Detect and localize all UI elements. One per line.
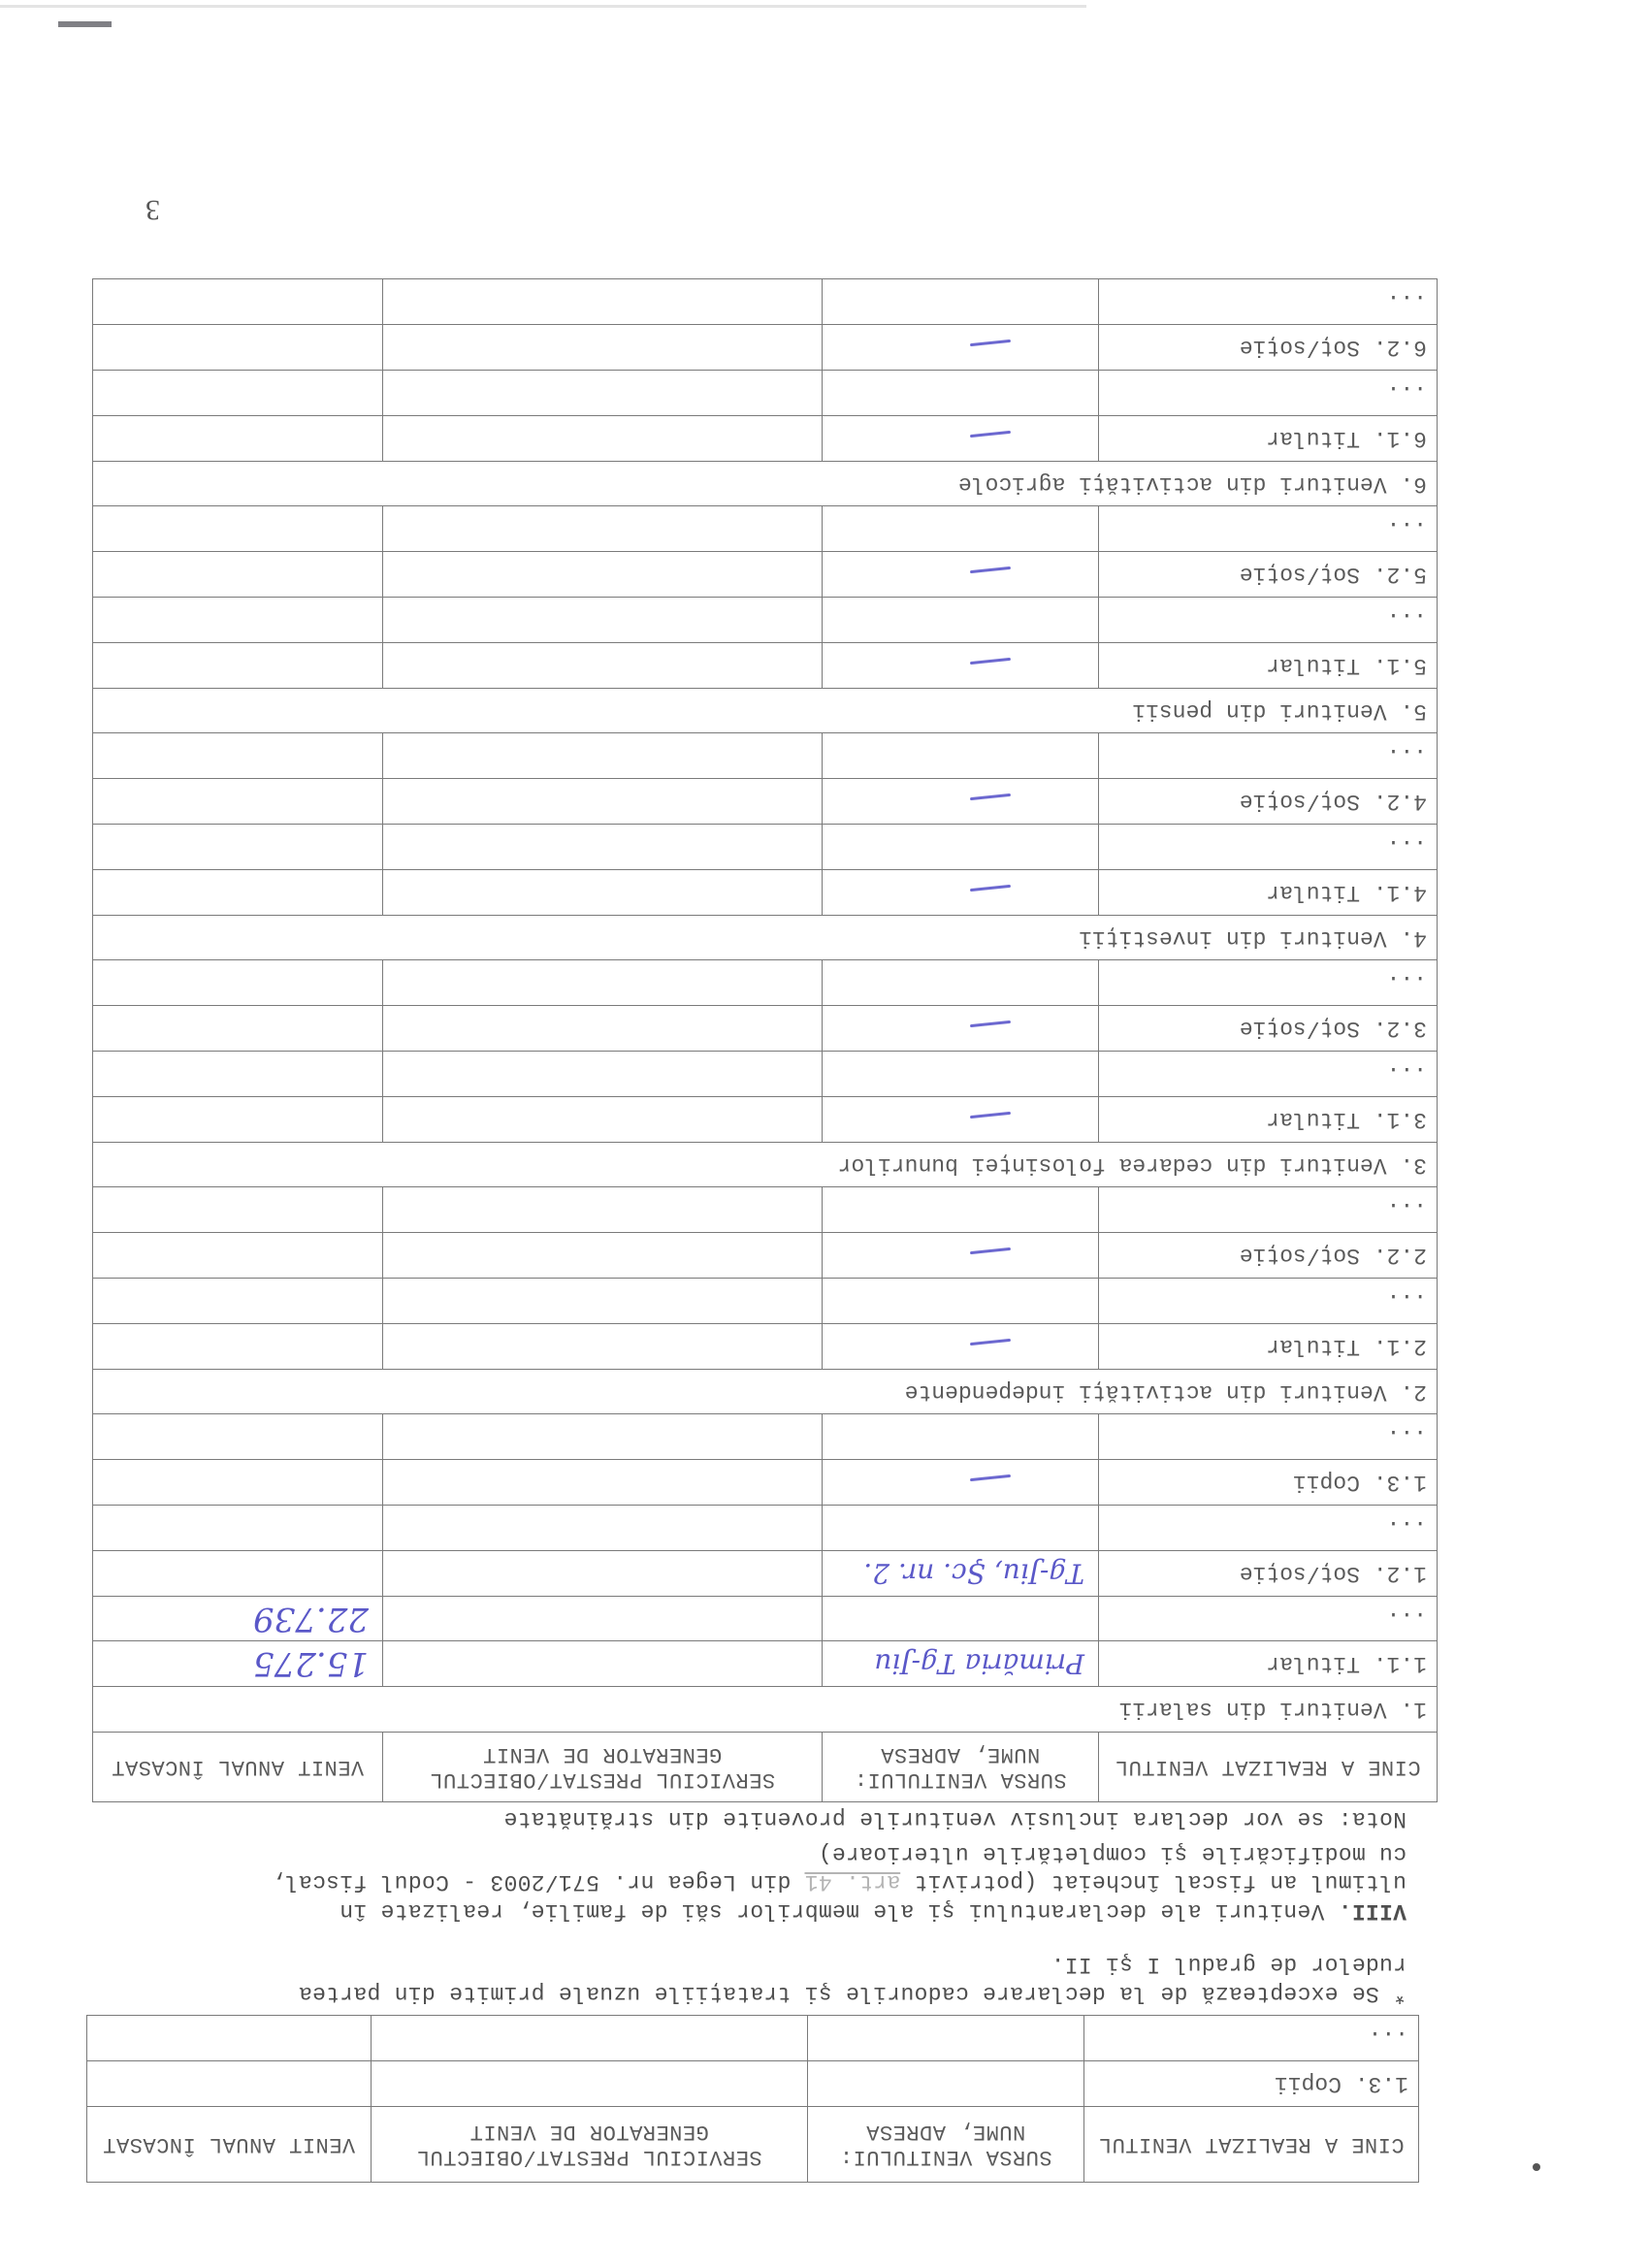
source-cell [823,1006,1099,1052]
service-cell [383,1641,823,1687]
column-header: CINE A REALIZAT VENITUL [1084,2107,1419,2183]
column-header: VENIT ANUAL ÎNCASAT [93,1733,383,1802]
service-cell [372,2061,808,2107]
handwritten-entry: 22.739 [253,1600,369,1638]
income-cell [93,825,383,870]
source-cell [823,279,1099,325]
section-viii-note: Nota: se vor declara inclusiv veniturile… [503,1806,1406,1831]
table-row: 6.1. Titular [93,415,1438,461]
income-cell [93,960,383,1006]
row-label: ... [1099,1187,1438,1233]
article-reference: art. 41 [804,1869,900,1895]
income-cell [93,1414,383,1460]
row-label: ... [1099,371,1438,416]
section-viii-number: VIII. [1338,1898,1406,1924]
source-cell [823,1279,1099,1324]
table-header-row: CINE A REALIZAT VENITULSURSA VENITULUI: … [93,1733,1438,1802]
handwritten-dash [970,431,1011,437]
section-title: 1. Venituri din salarii [93,1687,1438,1733]
service-cell [383,279,823,325]
income-cell [93,552,383,598]
source-cell [823,1323,1099,1369]
section-title: 6. Venituri din activităţi agricole [93,461,1438,506]
section-viii-line-1: VIII. Venituri ale declarantului şi ale … [339,1898,1406,1924]
income-cell [93,1052,383,1097]
service-cell [383,1460,823,1506]
table-row: ... [93,1506,1438,1551]
income-cell [93,1096,383,1142]
income-table: CINE A REALIZAT VENITULSURSA VENITULUI: … [92,279,1438,1803]
text: din Legea nr. 571/2003 - Codul fiscal, [271,1869,804,1895]
service-cell [383,1187,823,1233]
service-cell [383,642,823,688]
section-header-row: 6. Venituri din activităţi agricole [93,461,1438,506]
row-label: ... [1099,279,1438,325]
gifts-table: CINE A REALIZAT VENITULSURSA VENITULUI: … [86,2015,1419,2183]
source-cell [823,1233,1099,1279]
service-cell [383,733,823,779]
source-cell [823,552,1099,598]
row-label: ... [1084,2016,1419,2061]
section-header-row: 1. Venituri din salarii [93,1687,1438,1733]
table-row: 2.2. Soţ/soţie [93,1233,1438,1279]
row-label: 3.1. Titular [1099,1096,1438,1142]
section-header-row: 2. Venituri din activităţi independente [93,1369,1438,1414]
service-cell [383,415,823,461]
table-row: 3.1. Titular [93,1096,1438,1142]
row-label: ... [1099,1052,1438,1097]
source-cell [823,779,1099,825]
row-label: 2.1. Titular [1099,1323,1438,1369]
source-cell [823,598,1099,643]
row-label: ... [1099,960,1438,1006]
income-cell [93,415,383,461]
source-cell: Primăria Tg-Jiu [823,1641,1099,1687]
source-cell [823,1187,1099,1233]
table-row: ... [93,1414,1438,1460]
row-label: ... [1099,598,1438,643]
income-cell: 15.275 [93,1641,383,1687]
table-row: ... [93,733,1438,779]
row-label: 5.2. Soţ/soţie [1099,552,1438,598]
table-row: ... [93,1279,1438,1324]
source-cell [823,415,1099,461]
handwritten-dash [970,1021,1011,1027]
page-number: 3 [145,193,160,226]
row-label: 1.1. Titular [1099,1641,1438,1687]
service-cell [383,960,823,1006]
table-row: ... [93,960,1438,1006]
income-cell [93,1233,383,1279]
income-cell [93,1550,383,1596]
text: ultimul an fiscal încheiat (potrivit [900,1869,1406,1895]
service-cell [383,1414,823,1460]
income-cell [93,1187,383,1233]
section-header-row: 3. Venituri din cedarea folosinţei bunur… [93,1142,1438,1187]
row-label: ... [1099,506,1438,552]
service-cell [383,1096,823,1142]
column-header: VENIT ANUAL ÎNCASAT [87,2107,372,2183]
income-cell [87,2061,372,2107]
income-cell [93,506,383,552]
section-title: 2. Venituri din activităţi independente [93,1369,1438,1414]
source-cell [823,325,1099,371]
column-header: SURSA VENITULUI: NUME, ADRESA [823,1733,1099,1802]
column-header: SERVICIUL PRESTAT/OBIECTUL GENERATOR DE … [372,2107,808,2183]
service-cell [383,825,823,870]
row-label: ... [1099,1596,1438,1641]
source-cell [823,506,1099,552]
service-cell [383,1550,823,1596]
service-cell [383,325,823,371]
service-cell [383,552,823,598]
table-row: 3.2. Soţ/soţie [93,1006,1438,1052]
section-header-row: 5. Venituri din pensii [93,688,1438,733]
section-viii-title: Venituri ale declarantului şi ale membri… [339,1898,1324,1924]
income-cell [87,2016,372,2061]
service-cell [383,598,823,643]
handwritten-entry: Tg-Jiu, Şc. nr. 2. [863,1557,1084,1589]
handwritten-dash [970,1474,1011,1481]
section-title: 5. Venituri din pensii [93,688,1438,733]
row-label: ... [1099,1506,1438,1551]
section-viii-line-2: ultimul an fiscal încheiat (potrivit art… [271,1869,1406,1895]
income-cell [93,371,383,416]
row-label: 1.3. Copii [1084,2061,1419,2107]
footnote-line-1: * Se exceptează de la declarare cadouril… [299,1981,1406,2006]
service-cell [383,1323,823,1369]
scan-edge [0,5,1086,8]
source-cell [823,1052,1099,1097]
table-row: 1.2. Soţ/soţieTg-Jiu, Şc. nr. 2. [93,1550,1438,1596]
table-row: 1.1. TitularPrimăria Tg-Jiu15.275 [93,1641,1438,1687]
handwritten-entry: Primăria Tg-Jiu [874,1648,1084,1680]
service-cell [372,2016,808,2061]
table-row: ... [93,598,1438,643]
income-cell [93,598,383,643]
source-cell [823,825,1099,870]
column-header: SURSA VENITULUI: NUME, ADRESA [808,2107,1084,2183]
row-label: 6.1. Titular [1099,415,1438,461]
source-cell [823,371,1099,416]
source-cell [823,1506,1099,1551]
income-cell [93,642,383,688]
handwritten-dash [970,567,1011,573]
handwritten-dash [970,794,1011,800]
service-cell [383,371,823,416]
income-cell [93,779,383,825]
handwritten-dash [970,658,1011,664]
source-cell [808,2061,1084,2107]
ink-dot [1533,2163,1540,2171]
table-row: 5.1. Titular [93,642,1438,688]
service-cell [383,1279,823,1324]
income-cell [93,733,383,779]
row-label: 4.2. Soţ/soţie [1099,779,1438,825]
service-cell [383,1506,823,1551]
section-title: 3. Venituri din cedarea folosinţei bunur… [93,1142,1438,1187]
table-row: ... [93,279,1438,325]
table-row: 1.3. Copii [87,2061,1419,2107]
table-row: 4.2. Soţ/soţie [93,779,1438,825]
handwritten-entry: 15.275 [253,1644,369,1683]
table-row: ... [93,506,1438,552]
table-row: ... [87,2016,1419,2061]
handwritten-dash [970,1112,1011,1118]
income-cell [93,279,383,325]
scanned-page-rotated: CINE A REALIZAT VENITULSURSA VENITULUI: … [0,0,1649,2268]
service-cell [383,506,823,552]
table-row: ... [93,1187,1438,1233]
income-cell [93,325,383,371]
row-label: ... [1099,825,1438,870]
table-row: ... [93,371,1438,416]
table-row: 6.2. Soţ/soţie [93,325,1438,371]
service-cell [383,1052,823,1097]
row-label: 2.2. Soţ/soţie [1099,1233,1438,1279]
row-label: 1.3. Copii [1099,1460,1438,1506]
row-label: ... [1099,733,1438,779]
source-cell [808,2016,1084,2061]
table-row: 1.3. Copii [93,1460,1438,1506]
source-cell [823,733,1099,779]
table-header-row: CINE A REALIZAT VENITULSURSA VENITULUI: … [87,2107,1419,2183]
service-cell [383,1596,823,1641]
income-cell [93,1279,383,1324]
section-viii-line-3: cu modificările şi completările ulterioa… [819,1841,1406,1866]
row-label: 4.1. Titular [1099,869,1438,915]
row-label: 1.2. Soţ/soţie [1099,1550,1438,1596]
column-header: CINE A REALIZAT VENITUL [1099,1733,1438,1802]
source-cell [823,1096,1099,1142]
column-header: SERVICIUL PRESTAT/OBIECTUL GENERATOR DE … [383,1733,823,1802]
source-cell: Tg-Jiu, Şc. nr. 2. [823,1550,1099,1596]
source-cell [823,642,1099,688]
income-cell: 22.739 [93,1596,383,1641]
source-cell [823,869,1099,915]
source-cell [823,1414,1099,1460]
table-row: 2.1. Titular [93,1323,1438,1369]
service-cell [383,869,823,915]
scan-mark [58,21,112,27]
table-row: ... [93,825,1438,870]
income-cell [93,1006,383,1052]
table-row: 5.2. Soţ/soţie [93,552,1438,598]
section-header-row: 4. Venituri din investiţii [93,915,1438,960]
source-cell [823,1596,1099,1641]
row-label: 3.2. Soţ/soţie [1099,1006,1438,1052]
handwritten-dash [970,885,1011,891]
table-row: ... [93,1052,1438,1097]
row-label: 5.1. Titular [1099,642,1438,688]
service-cell [383,1006,823,1052]
row-label: ... [1099,1279,1438,1324]
section-title: 4. Venituri din investiţii [93,915,1438,960]
footnote-line-2: rudelor de gradul I şi II. [1051,1952,1406,1977]
service-cell [383,779,823,825]
source-cell [823,960,1099,1006]
income-cell [93,1506,383,1551]
service-cell [383,1233,823,1279]
row-label: ... [1099,1414,1438,1460]
income-cell [93,1323,383,1369]
row-label: 6.2. Soţ/soţie [1099,325,1438,371]
table-row: 4.1. Titular [93,869,1438,915]
income-cell [93,1460,383,1506]
source-cell [823,1460,1099,1506]
handwritten-dash [970,1247,1011,1254]
handwritten-dash [970,1339,1011,1345]
handwritten-dash [970,340,1011,346]
table-row: ...22.739 [93,1596,1438,1641]
income-cell [93,869,383,915]
